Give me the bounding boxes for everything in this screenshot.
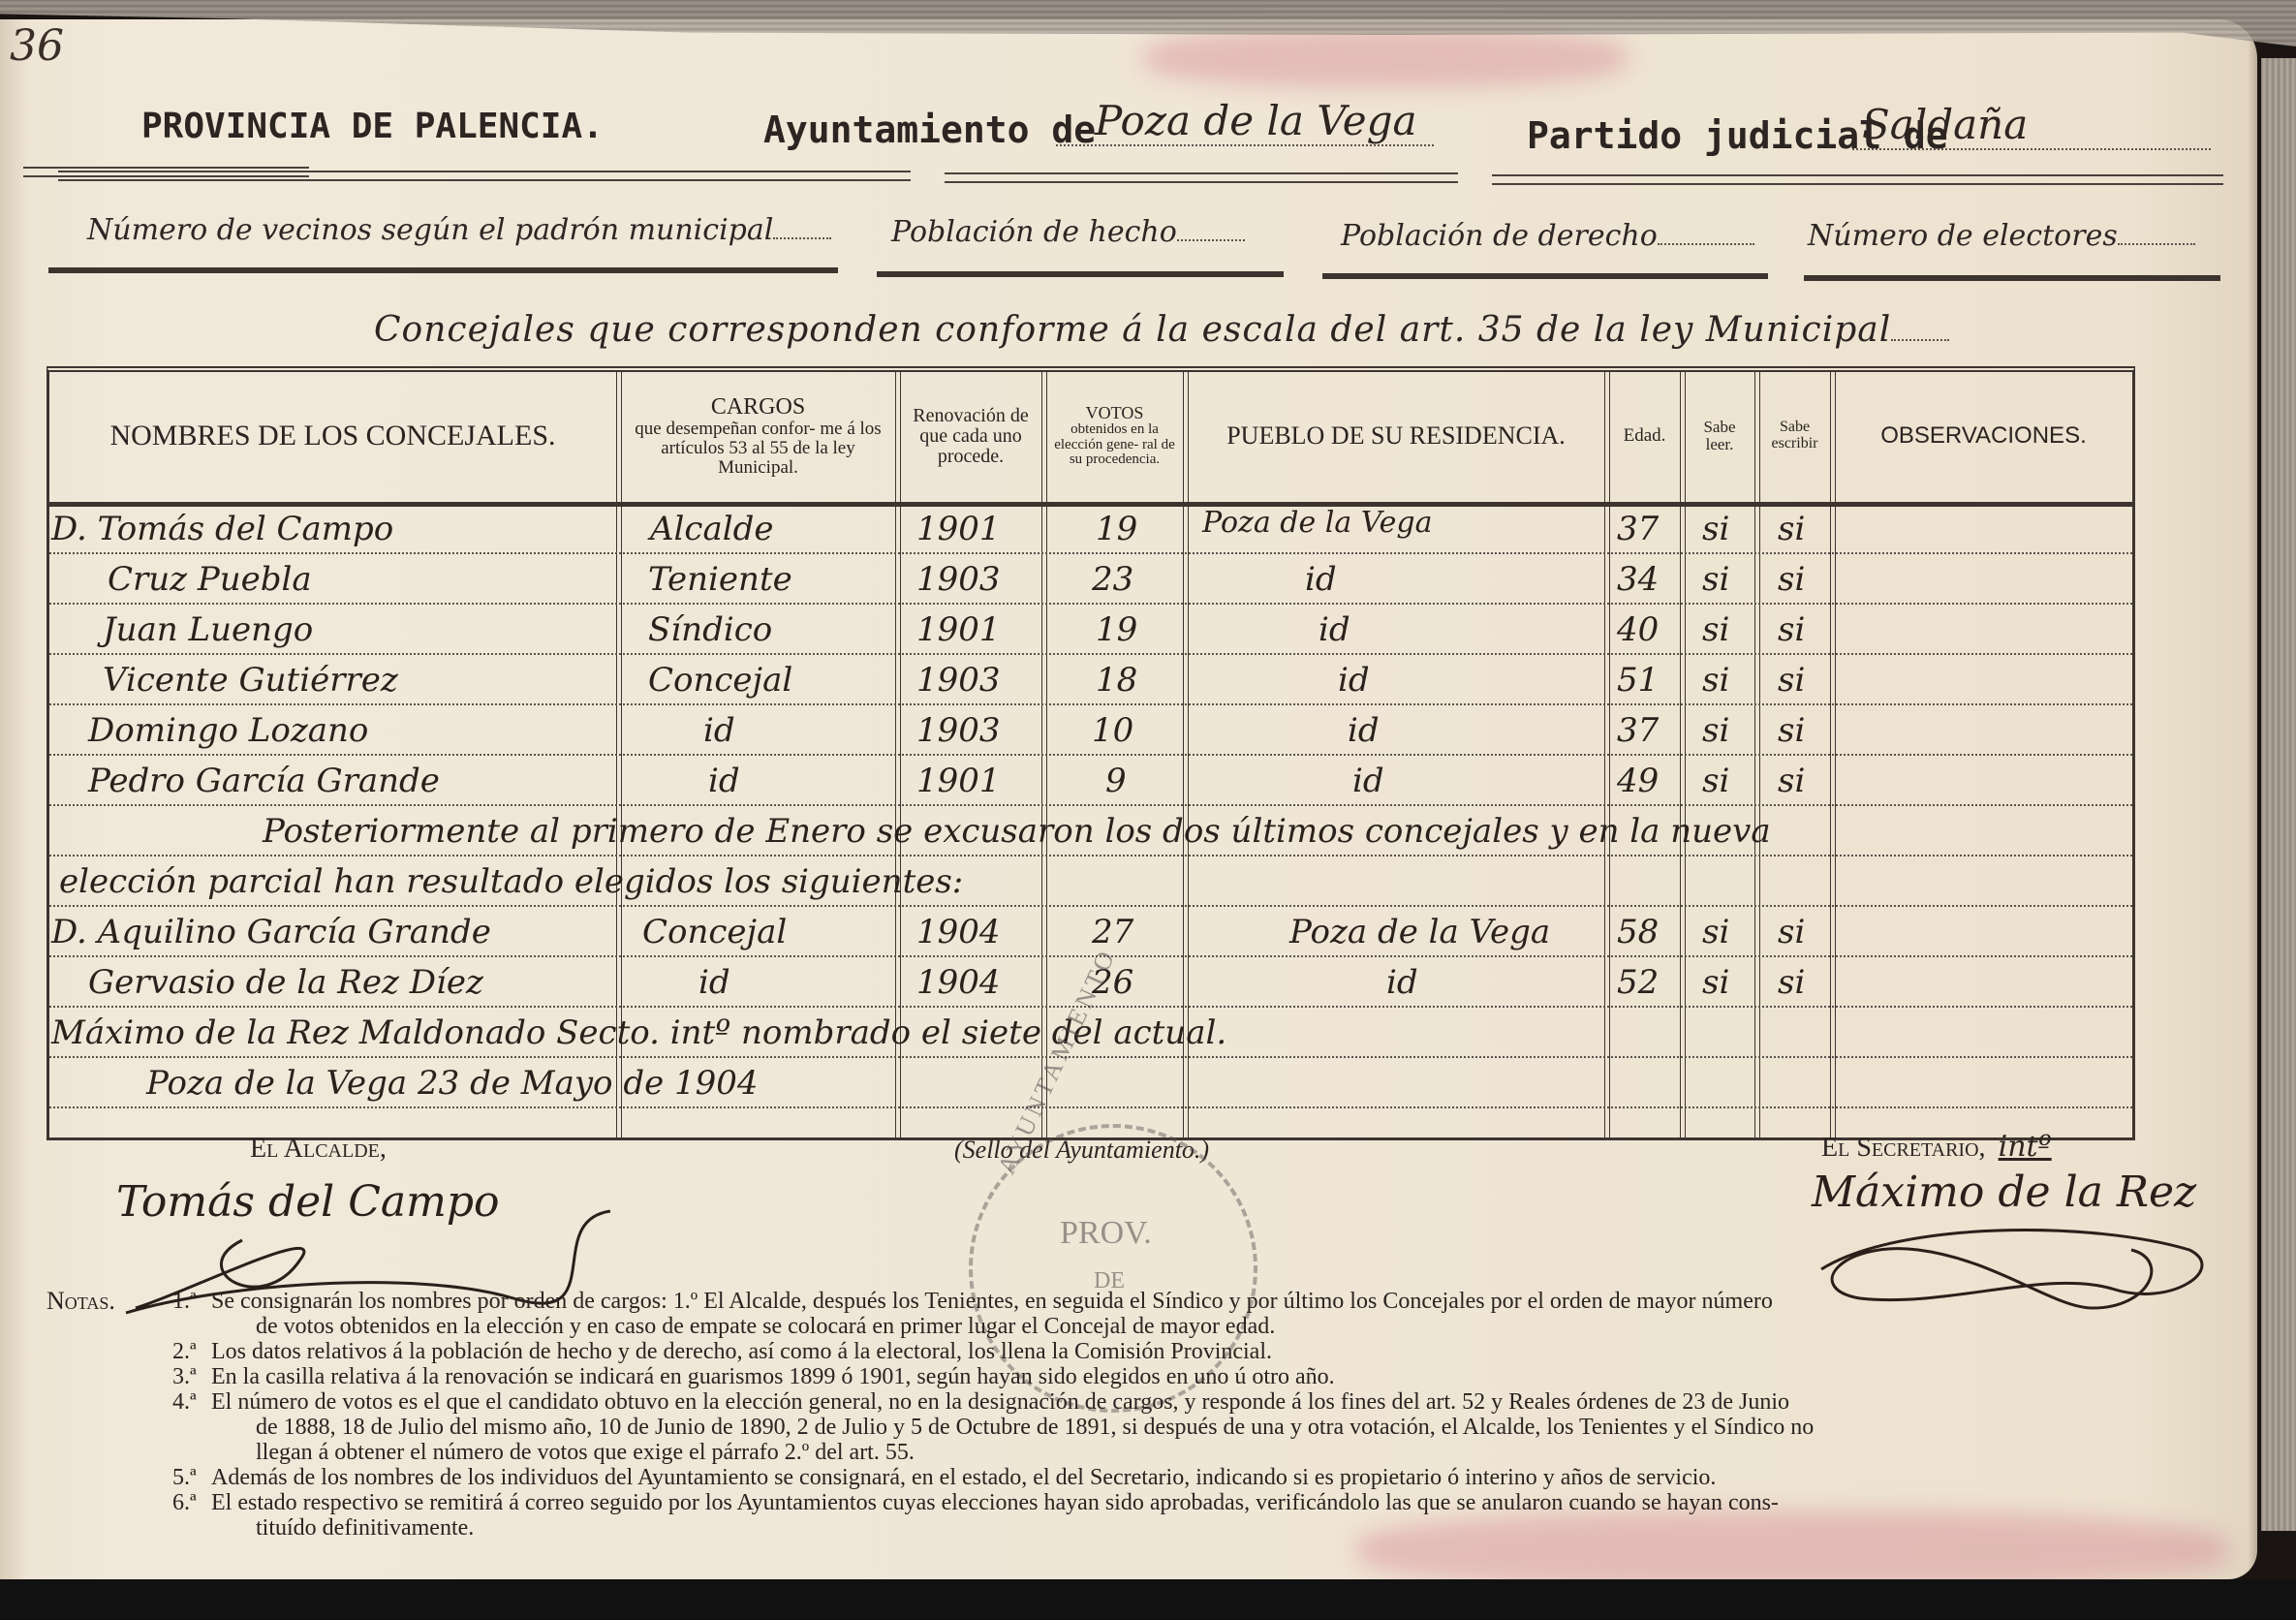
header-nombres: NOMBRES DE LOS CONCEJALES. (49, 372, 616, 500)
cell-nombre: D. Aquilino García Grande (51, 913, 491, 951)
cell-escribir: si (1778, 762, 1805, 800)
note-continuation: de 1888, 18 de Julio del mismo año, 10 d… (256, 1415, 1814, 1440)
row-rule (49, 703, 2132, 705)
cell-cargo: id (698, 963, 730, 1002)
cell-edad: 49 (1617, 762, 1659, 800)
cell-votos: 18 (1096, 661, 1137, 700)
cell-pueblo: id (1305, 560, 1337, 599)
cell-edad: 37 (1617, 510, 1659, 548)
secretario-flourish-icon (1802, 1211, 2228, 1318)
cell-pueblo: id (1338, 661, 1370, 700)
header-cargos: CARGOS que desempeñan confor- me á los a… (621, 372, 895, 500)
note-text: El estado respectivo se remitirá á corre… (211, 1490, 1779, 1515)
header-pueblo: PUEBLO DE SU RESIDENCIA. (1188, 372, 1604, 500)
vecinos-label-text: Número de vecinos según el padrón munici… (87, 213, 773, 247)
header-votos: VOTOS obtenidos en la elección gene- ral… (1046, 372, 1183, 500)
header-rule (945, 172, 1458, 183)
cell-pueblo: Poza de la Vega (1202, 506, 1433, 540)
cell-leer: si (1702, 762, 1729, 800)
secretario-label-group: El Secretario, intº (1821, 1130, 2052, 1164)
councillors-table: NOMBRES DE LOS CONCEJALES. CARGOS que de… (47, 366, 2135, 1140)
census-rule (877, 271, 1284, 277)
census-rule (1804, 275, 2220, 281)
page-edge-right (2261, 58, 2296, 1531)
electores-label-text: Número de electores (1808, 219, 2118, 253)
cell-cargo: id (708, 762, 740, 800)
cell-leer: si (1702, 510, 1729, 548)
cell-renovacion: 1903 (916, 661, 1001, 700)
cell-escribir: si (1778, 913, 1805, 951)
row-rule (49, 653, 2132, 655)
cell-leer: si (1702, 711, 1729, 750)
electores-field (2118, 243, 2195, 245)
note-text: Se consignarán los nombres por orden de … (211, 1289, 1773, 1314)
row-rule (49, 1106, 2132, 1108)
row-rule (49, 804, 2132, 806)
header-renovacion: Renovación de que cada uno procede. (900, 372, 1041, 500)
cell-cargo: Alcalde (650, 510, 774, 548)
header-leer: Sabe leer. (1685, 372, 1754, 500)
cell-renovacion: 1904 (916, 963, 1001, 1002)
annotation-line-1: Posteriormente al primero de Enero se ex… (263, 812, 1771, 851)
header-cargos-sub: que desempeñan confor- me á los artículo… (621, 420, 895, 478)
folio-number: 36 (10, 21, 64, 71)
alcalde-label: El Alcalde, (250, 1134, 387, 1165)
header-edad: Edad. (1609, 372, 1680, 500)
cell-votos: 9 (1105, 762, 1127, 800)
cell-escribir: si (1778, 661, 1805, 700)
row-rule (49, 905, 2132, 907)
note-number: 5.ª (172, 1465, 197, 1490)
cell-pueblo: id (1348, 711, 1380, 750)
ayuntamiento-field: Poza de la Vega (1056, 97, 1434, 146)
census-rule (1322, 273, 1768, 279)
row-rule (49, 754, 2132, 756)
cell-edad: 51 (1617, 661, 1659, 700)
electores-label: Número de electores (1808, 219, 2195, 253)
cell-nombre: Domingo Lozano (88, 711, 368, 750)
cell-cargo: Síndico (648, 610, 772, 649)
cell-nombre: Gervasio de la Rez Díez (88, 963, 483, 1002)
note-number: 1.ª (172, 1289, 197, 1314)
cell-leer: si (1702, 610, 1729, 649)
note-number: 6.ª (172, 1490, 197, 1515)
scale-title: Concejales que corresponden conforme á l… (374, 310, 1949, 350)
cell-renovacion: 1901 (916, 510, 1001, 548)
province-title: PROVINCIA DE PALENCIA. (141, 107, 604, 146)
cell-nombre: Vicente Gutiérrez (103, 661, 398, 700)
derecho-label: Población de derecho (1341, 219, 1754, 253)
vecinos-label: Número de vecinos según el padrón munici… (87, 213, 831, 247)
header-votos-title: VOTOS (1086, 404, 1144, 422)
stamp-center-1: PROV. (1060, 1215, 1152, 1252)
hecho-field (1177, 239, 1245, 241)
partido-field: Saldaña (1852, 101, 2211, 150)
cell-nombre: Juan Luengo (103, 610, 313, 649)
ink-stain (1356, 1511, 2228, 1589)
note-item: 2.ª Los datos relativos á la población d… (211, 1339, 1272, 1364)
note-item: 6.ª El estado respectivo se remitirá á c… (211, 1490, 1779, 1515)
cell-leer: si (1702, 963, 1729, 1002)
cell-nombre: D. Tomás del Campo (51, 510, 393, 548)
header-cargos-title: CARGOS (711, 395, 805, 420)
scale-title-text: Concejales que corresponden conforme á l… (374, 310, 1891, 350)
hecho-label-text: Población de hecho (891, 215, 1177, 249)
cell-pueblo: id (1352, 762, 1384, 800)
note-number: 2.ª (172, 1339, 197, 1364)
cell-renovacion: 1904 (916, 913, 1001, 951)
annotation-line-2: elección parcial han resultado elegidos … (59, 862, 963, 901)
note-continuation: llegan á obtener el número de votos que … (256, 1440, 915, 1465)
cell-edad: 37 (1617, 711, 1659, 750)
cell-votos: 10 (1092, 711, 1133, 750)
partido-value: Saldaña (1852, 101, 2028, 148)
header-escribir: Sabe escribir (1759, 372, 1830, 500)
cell-votos: 23 (1092, 560, 1133, 599)
note-number: 3.ª (172, 1364, 197, 1389)
cell-edad: 58 (1617, 913, 1659, 951)
cell-nombre: Pedro García Grande (88, 762, 440, 800)
note-continuation: tituído definitivamente. (256, 1515, 474, 1541)
ayuntamiento-label: Ayuntamiento de (763, 109, 1096, 151)
header-rule (49, 502, 2132, 507)
note-text: El número de votos es el que el candidat… (211, 1389, 1789, 1415)
cell-renovacion: 1901 (916, 762, 1001, 800)
note-item: 3.ª En la casilla relativa á la renovaci… (211, 1364, 1335, 1389)
secretario-label: El Secretario, (1821, 1133, 1986, 1163)
note-item: 5.ª Además de los nombres de los individ… (211, 1465, 1716, 1490)
note-number: 4.ª (172, 1389, 197, 1415)
derecho-label-text: Población de derecho (1341, 219, 1658, 253)
header-votos-sub: obtenidos en la elección gene- ral de su… (1046, 422, 1183, 468)
cell-escribir: si (1778, 711, 1805, 750)
row-rule (49, 855, 2132, 857)
cell-nombre: Cruz Puebla (108, 560, 312, 599)
cell-cargo: Concejal (648, 661, 792, 700)
cell-escribir: si (1778, 560, 1805, 599)
header-rule (1492, 174, 2223, 185)
header-observaciones: OBSERVACIONES. (1835, 372, 2132, 500)
row-rule (49, 552, 2132, 554)
cell-leer: si (1702, 560, 1729, 599)
notes-label: Notas. (47, 1289, 115, 1314)
cell-renovacion: 1903 (916, 711, 1001, 750)
cell-votos: 19 (1096, 510, 1137, 548)
cell-edad: 40 (1617, 610, 1659, 649)
cell-pueblo: id (1386, 963, 1418, 1002)
note-item: 1.ª Se consignarán los nombres por orden… (211, 1289, 1773, 1314)
cell-pueblo: Poza de la Vega (1289, 913, 1550, 951)
cell-leer: si (1702, 661, 1729, 700)
note-item: 4.ª El número de votos es el que el cand… (211, 1389, 1789, 1415)
hecho-label: Población de hecho (891, 215, 1245, 249)
cell-votos: 19 (1096, 610, 1137, 649)
cell-cargo: id (703, 711, 735, 750)
census-rule (48, 267, 838, 273)
cell-pueblo: id (1319, 610, 1350, 649)
cell-leer: si (1702, 913, 1729, 951)
ayuntamiento-value: Poza de la Vega (1056, 97, 1417, 144)
cell-escribir: si (1778, 610, 1805, 649)
derecho-field (1658, 243, 1754, 245)
cell-renovacion: 1903 (916, 560, 1001, 599)
note-text: En la casilla relativa á la renovación s… (211, 1364, 1335, 1389)
scale-field (1891, 339, 1949, 341)
cell-escribir: si (1778, 963, 1805, 1002)
date-line: Poza de la Vega 23 de Mayo de 1904 (146, 1064, 759, 1103)
background-surface (0, 1579, 2296, 1620)
note-text: Además de los nombres de los individuos … (211, 1465, 1716, 1490)
cell-edad: 34 (1617, 560, 1659, 599)
note-text: Los datos relativos á la población de he… (211, 1339, 1272, 1364)
cell-escribir: si (1778, 510, 1805, 548)
vecinos-field (773, 237, 831, 239)
ink-stain (1143, 29, 1628, 87)
cell-cargo: Concejal (642, 913, 787, 951)
row-rule (49, 603, 2132, 605)
cell-edad: 52 (1617, 963, 1659, 1002)
secretario-suffix: intº (1999, 1130, 2052, 1164)
note-continuation: de votos obtenidos en la elección y en c… (256, 1314, 1275, 1339)
row-rule (49, 1056, 2132, 1058)
secretario-signature: Máximo de la Rez (1812, 1168, 2196, 1217)
cell-cargo: Teniente (648, 560, 792, 599)
header-rule (58, 171, 911, 181)
cell-renovacion: 1901 (916, 610, 1001, 649)
